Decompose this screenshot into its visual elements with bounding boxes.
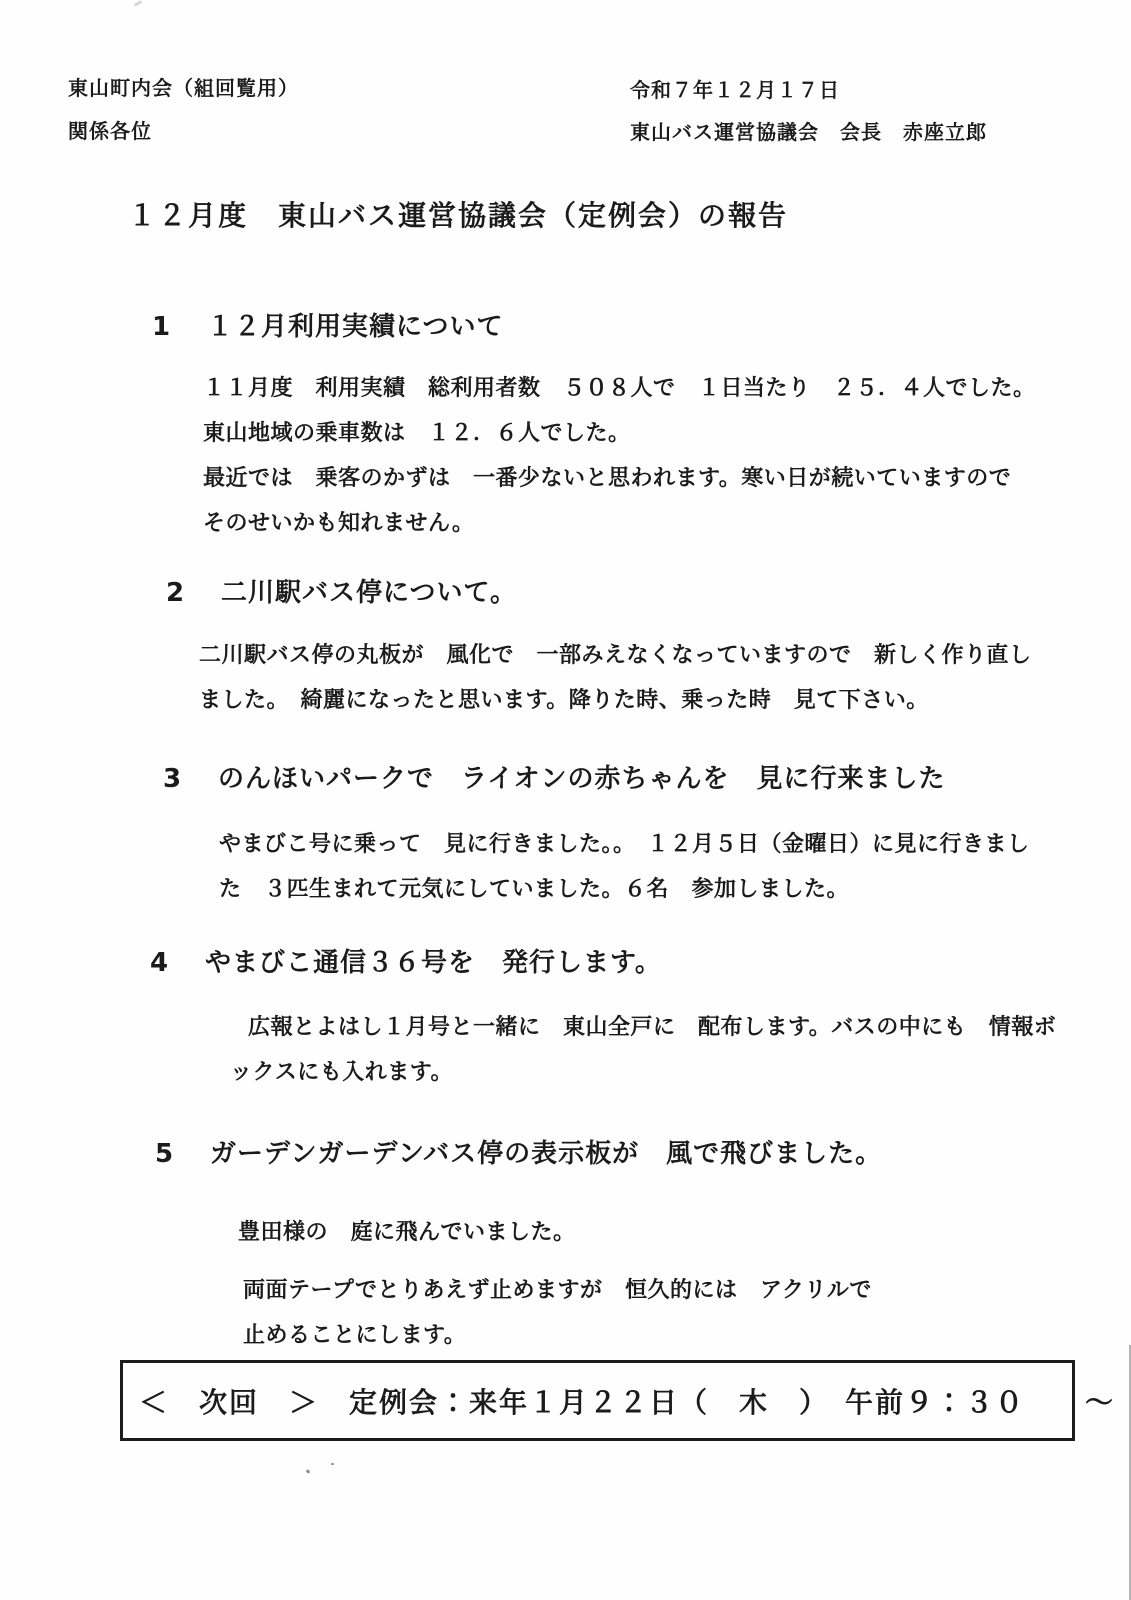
body-line: 最近では 乗客のかずは 一番少ないと思われます。寒い日が続いていますので	[203, 456, 1036, 501]
body-line: ました。 綺麗になったと思います。降りた時、乗った時 見て下さい。	[199, 678, 1032, 723]
body-line: 両面テープでとりあえず止めますが 恒久的には アクリルで	[243, 1268, 872, 1313]
section-2-heading-text: 二川駅バス停について。	[221, 578, 517, 608]
scan-mark	[134, 0, 142, 7]
page-title: １２月度 東山バス運営協議会（定例会）の報告	[128, 194, 788, 234]
section-5-heading: 5ガーデンガーデンバス停の表示板が 風で飛びました。	[155, 1133, 882, 1170]
section-2-number: 2	[166, 578, 221, 608]
next-meeting-box: ＜ 次回 ＞ 定例会：来年１月２２日（ 木 ） 午前９：３０ ～	[120, 1360, 1075, 1441]
body-line: そのせいかも知れません。	[203, 501, 1036, 546]
section-3-body: やまびこ号に乗って 見に行きました。。 １２月５日（金曜日）に見に行きまし た …	[219, 822, 1030, 912]
body-line: た ３匹生まれて元気にしていました。６名 参加しました。	[219, 867, 1030, 912]
body-line: 二川駅バス停の丸板が 風化で 一部みえなくなっていますので 新しく作り直し	[199, 633, 1032, 678]
section-1-body: １１月度 利用実績 総利用者数 ５０８人で １日当たり ２５．４人でした。 東山…	[203, 366, 1036, 546]
section-5-body-p2: 両面テープでとりあえず止めますが 恒久的には アクリルで 止めることにします。	[243, 1268, 872, 1358]
section-4-heading-text: やまびこ通信３６号を 発行します。	[205, 948, 662, 978]
body-line: 広報とよはし１月号と一緒に 東山全戸に 配布します。バスの中にも 情報ボ	[230, 1005, 1056, 1050]
section-4-number: 4	[150, 948, 205, 978]
section-5-body-p1: 豊田様の 庭に飛んでいました。	[238, 1210, 576, 1255]
section-4-body: 広報とよはし１月号と一緒に 東山全戸に 配布します。バスの中にも 情報ボ ックス…	[230, 1005, 1056, 1095]
document-date: 令和７年１２月１７日	[630, 74, 840, 103]
body-line: 止めることにします。	[243, 1313, 872, 1358]
scanned-report-page: 東山町内会（組回覧用） 関係各位 令和７年１２月１７日 東山バス運営協議会 会長…	[0, 0, 1131, 1600]
section-4-heading: 4やまびこ通信３６号を 発行します。	[150, 942, 662, 979]
section-3-number: 3	[163, 764, 218, 794]
recipient-addressees: 関係各位	[68, 115, 152, 144]
body-line: ックスにも入れます。	[230, 1050, 1056, 1095]
scan-speckle	[306, 1469, 311, 1474]
next-meeting-text: ＜ 次回 ＞ 定例会：来年１月２２日（ 木 ） 午前９：３０ ～	[139, 1381, 1115, 1421]
section-1-heading-text: １２月利用実績について	[207, 312, 503, 342]
section-2-body: 二川駅バス停の丸板が 風化で 一部みえなくなっていますので 新しく作り直し まし…	[199, 633, 1032, 723]
body-line: やまびこ号に乗って 見に行きました。。 １２月５日（金曜日）に見に行きまし	[219, 822, 1030, 867]
recipient-group-line: 東山町内会（組回覧用）	[68, 72, 299, 101]
scan-speckle	[331, 1463, 334, 1465]
body-line: １１月度 利用実績 総利用者数 ５０８人で １日当たり ２５．４人でした。	[203, 366, 1036, 411]
section-1-number: 1	[152, 312, 207, 342]
body-line: 東山地域の乗車数は １２．６人でした。	[203, 411, 1036, 456]
section-2-heading: 2二川駅バス停について。	[166, 572, 517, 609]
section-3-heading-text: のんほいパークで ライオンの赤ちゃんを 見に行来ました	[218, 764, 945, 794]
section-5-heading-text: ガーデンガーデンバス停の表示板が 風で飛びました。	[210, 1139, 882, 1169]
section-3-heading: 3のんほいパークで ライオンの赤ちゃんを 見に行来ました	[163, 758, 945, 795]
sender-name: 東山バス運営協議会 会長 赤座立郎	[630, 116, 987, 145]
section-1-heading: 1１２月利用実績について	[152, 306, 503, 343]
section-5-number: 5	[155, 1139, 210, 1169]
body-line: 豊田様の 庭に飛んでいました。	[238, 1210, 576, 1255]
